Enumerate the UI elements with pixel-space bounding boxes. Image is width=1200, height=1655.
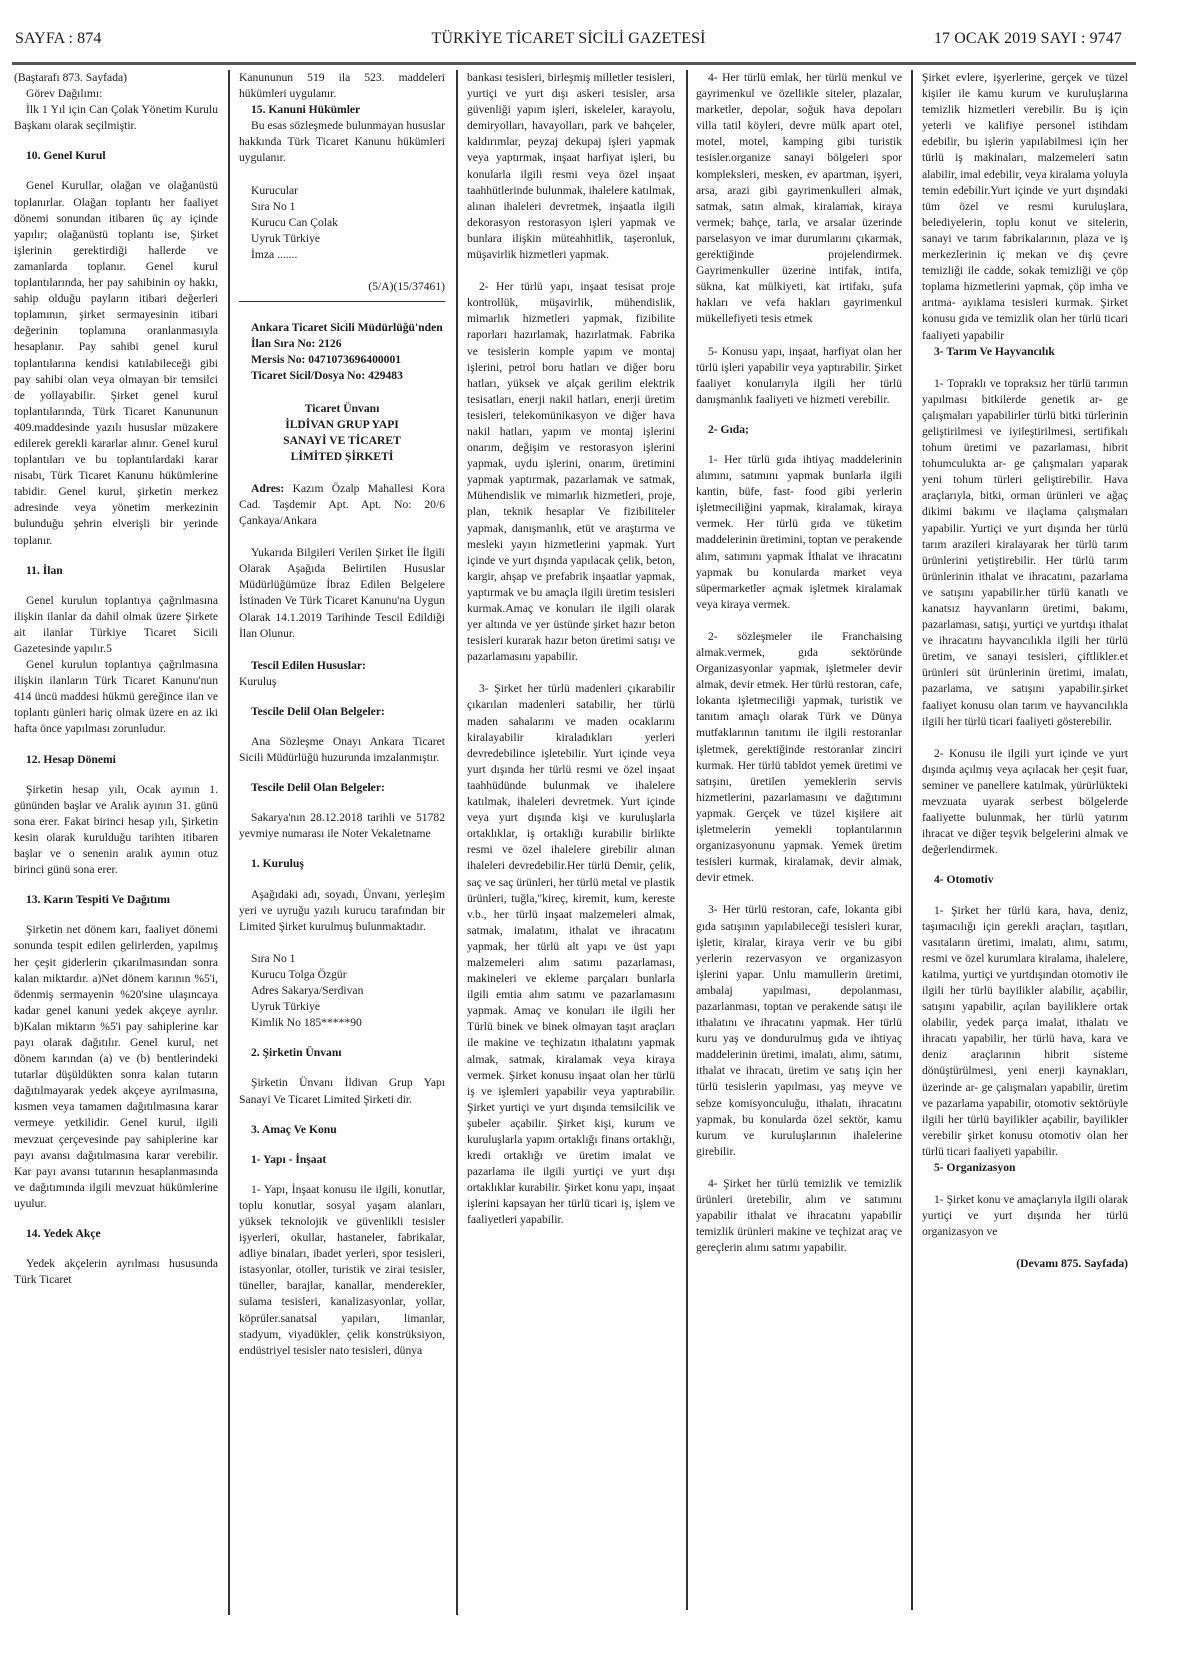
section-text: Şirket evlere, işyerlerine, gerçek ve tü…: [922, 70, 1128, 344]
continued-from: (Baştarafı 873. Sayfada): [14, 70, 218, 86]
founder-line: Kurucu Tolga Özgür: [251, 967, 445, 983]
column-divider: [456, 70, 458, 1615]
section-title: 15. Kanuni Hükümler: [251, 102, 445, 118]
founders-list: Kurucular Sıra No 1 Kurucu Can Çolak Uyr…: [251, 183, 445, 263]
tescil-value: Kuruluş: [239, 674, 445, 690]
founder-line: Adres Sakarya/Serdivan: [251, 983, 445, 999]
registry-office: Ankara Ticaret Sicili Müdürlüğü'nden: [239, 320, 445, 336]
section-text: 5- Konusu yapı, inşaat, harfiyat olan he…: [696, 344, 902, 408]
date-issue: 17 OCAK 2019 SAYI : 9747: [934, 30, 1122, 48]
company-name-line: LİMİTED ŞİRKETİ: [239, 449, 445, 465]
section-text: Genel kurulun toplantıya çağrılmasına il…: [14, 657, 218, 737]
section-text: Sakarya'nın 28.12.2018 tarihli ve 51782 …: [239, 810, 445, 842]
mersis-no: Mersis No: 0471073696400001: [239, 352, 445, 368]
sicil-dosya-no: Ticaret Sicil/Dosya No: 429483: [239, 368, 445, 384]
section-title: 3- Tarım Ve Hayvancılık: [934, 344, 1128, 360]
section-text: 4- Her türlü emlak, her türlü menkul ve …: [696, 70, 902, 328]
header-rule: [12, 62, 1136, 65]
section-text: 1- Her türlü gıda ihtiyaç maddelerinin a…: [696, 452, 902, 613]
section-title: 2- Gıda;: [708, 422, 902, 438]
company-name-line: İLDİVAN GRUP YAPI: [239, 417, 445, 433]
section-title: 12. Hesap Dönemi: [26, 752, 218, 768]
founder-line: Kimlik No 185*****90: [251, 1015, 445, 1031]
subsection-title: 1- Yapı - İnşaat: [251, 1152, 445, 1168]
section-title: 13. Karın Tespiti Ve Dağıtımı: [26, 892, 218, 908]
page-header: SAYFA : 874 TÜRKİYE TİCARET SİCİLİ GAZET…: [15, 26, 1122, 52]
section-title: 11. İlan: [26, 563, 218, 579]
section-text: 1- Şirket her türlü kara, hava, deniz, t…: [922, 903, 1128, 1161]
column-divider: [911, 70, 913, 1610]
address-label: Adres:: [251, 482, 284, 495]
section-text: 4- Şirket her türlü temizlik ve temizlik…: [696, 1176, 902, 1256]
founders-line: Kurucular: [251, 183, 445, 199]
column-5: Şirket evlere, işyerlerine, gerçek ve tü…: [922, 70, 1128, 1272]
section-text: 1- Şirket konu ve amaçlarıyla ilgili ola…: [922, 1192, 1128, 1240]
tescil-label: Tescil Edilen Hususlar:: [239, 658, 445, 674]
column-2: Kanununun 519 ila 523. maddeleri hükümle…: [239, 70, 445, 1359]
section-text: 1- Topraklı ve topraksız her türlü tarım…: [922, 376, 1128, 730]
section-title: 3. Amaç Ve Konu: [251, 1122, 445, 1138]
founders-line: Sıra No 1: [251, 199, 445, 215]
notice-text: Yukarıda Bilgileri Verilen Şirket İle İl…: [239, 545, 445, 642]
section-text: 2- Her türlü yapı, inşaat tesisat proje …: [467, 279, 675, 665]
column-4: 4- Her türlü emlak, her türlü menkul ve …: [696, 70, 902, 1256]
section-text: 3- Her türlü restoran, cafe, lokanta gib…: [696, 902, 902, 1160]
unvan-label: Ticaret Ünvanı: [239, 401, 445, 417]
section-title: 5- Organizasyon: [934, 1160, 1128, 1176]
section-title: Tescile Delil Olan Belgeler:: [251, 780, 445, 796]
section-text: Bu esas sözleşmede bulunmayan hususlar h…: [239, 118, 445, 166]
section-text: 3- Şirket her türlü madenleri çıkarabili…: [467, 681, 675, 1228]
column-divider: [228, 70, 230, 1615]
section-title: 4- Otomotiv: [934, 872, 1128, 888]
gorev-text: İlk 1 Yıl için Can Çolak Yönetim Kurulu …: [14, 102, 218, 134]
section-text: Kanununun 519 ila 523. maddeleri hükümle…: [239, 70, 445, 102]
company-name-line: SANAYİ VE TİCARET: [239, 433, 445, 449]
section-title: Tescile Delil Olan Belgeler:: [251, 704, 445, 720]
section-text: 2- sözleşmeler ile Franchaising almak.ve…: [696, 629, 902, 887]
section-text: Yedek akçelerin ayrılması hususunda Türk…: [14, 1256, 218, 1288]
section-text: Genel kurulun toplantıya çağrılmasına il…: [14, 593, 218, 657]
notice-separator: [239, 301, 445, 302]
section-text: 2- Konusu ile ilgili yurt içinde ve yurt…: [922, 746, 1128, 859]
founder-details: Sıra No 1 Kurucu Tolga Özgür Adres Sakar…: [251, 951, 445, 1031]
section-text: Şirketin net dönem karı, faaliyet dönemi…: [14, 922, 218, 1212]
column-divider: [686, 70, 688, 1610]
section-text: bankası tesisleri, birleşmiş milletler t…: [467, 70, 675, 263]
column-3: bankası tesisleri, birleşmiş milletler t…: [467, 70, 675, 1229]
section-text: Genel Kurullar, olağan ve olağanüstü top…: [14, 178, 218, 548]
section-text: Şirketin hesap yılı, Ocak ayının 1. günü…: [14, 782, 218, 879]
section-text: Ana Sözleşme Onayı Ankara Ticaret Sicili…: [239, 734, 445, 766]
section-title: 14. Yedek Akçe: [26, 1226, 218, 1242]
gorev-label: Görev Dağılımı:: [14, 86, 218, 102]
section-text: 1- Yapı, İnşaat konusu ile ilgili, konut…: [239, 1182, 445, 1359]
section-title: 10. Genel Kurul: [26, 148, 218, 164]
address: Adres: Kazım Özalp Mahallesi Kora Cad. T…: [239, 481, 445, 529]
continued-to: (Devamı 875. Sayfada): [922, 1256, 1128, 1272]
section-title: 1. Kuruluş: [251, 856, 445, 872]
ilan-sira: İlan Sıra No: 2126: [239, 336, 445, 352]
founders-line: Uyruk Türkiye: [251, 231, 445, 247]
section-text: Aşağıdaki adı, soyadı, Ünvanı, yerleşim …: [239, 887, 445, 935]
reference-code: (5/A)(15/37461): [239, 279, 445, 295]
founder-line: Uyruk Türkiye: [251, 999, 445, 1015]
section-text: Şirketin Ünvanı İldivan Grup Yapı Sanayi…: [239, 1075, 445, 1107]
founder-line: Sıra No 1: [251, 951, 445, 967]
founders-line: İmza .......: [251, 247, 445, 263]
column-1: (Baştarafı 873. Sayfada) Görev Dağılımı:…: [14, 70, 218, 1288]
section-title: 2. Şirketin Ünvanı: [251, 1045, 445, 1061]
founders-line: Kurucu Can Çolak: [251, 215, 445, 231]
